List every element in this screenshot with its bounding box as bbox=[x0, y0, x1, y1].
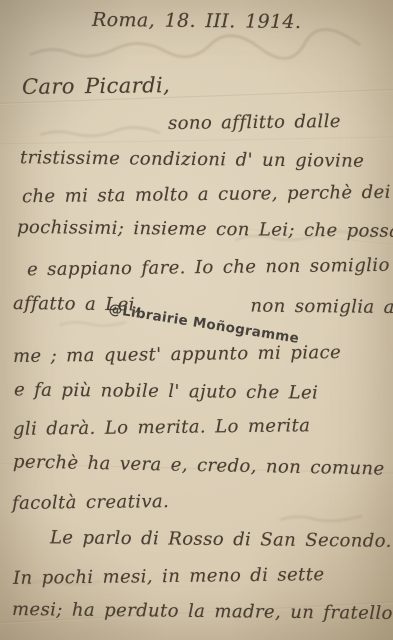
letter-line: mesi; ha perduto la madre, un fratello, bbox=[12, 599, 393, 624]
date-line: Roma, 18. III. 1914. bbox=[92, 9, 302, 33]
letter-line: facoltà creativa. bbox=[12, 491, 169, 514]
letter-line: che mi sta molto a cuore, perchè dei bbox=[22, 182, 391, 208]
letter-line: affatto a Lei, non somiglia a bbox=[13, 293, 393, 318]
salutation-line: Caro Picardi, bbox=[22, 73, 170, 99]
letter-line: perchè ha vera e, credo, non comune bbox=[13, 451, 385, 479]
letter-line: In pochi mesi, in meno di sette bbox=[13, 564, 325, 589]
paper-crease bbox=[0, 136, 393, 146]
letter-line: tristissime condizioni d' un giovine bbox=[20, 147, 364, 172]
letter-line: pochissimi; insieme con Lei; che possano bbox=[17, 217, 393, 242]
letter-line: sono afflitto dalle bbox=[168, 111, 341, 134]
letter-page: Roma, 18. III. 1914. Caro Picardi, sono … bbox=[0, 0, 393, 640]
letter-line: e fa più nobile l' ajuto che Lei bbox=[14, 379, 318, 403]
letter-line: Le parlo di Rosso di San Secondo. bbox=[50, 527, 392, 552]
letter-line: e sappiano fare. Io che non somiglio bbox=[27, 255, 390, 280]
letter-line: gli darà. Lo merita. Lo merita bbox=[13, 415, 311, 440]
